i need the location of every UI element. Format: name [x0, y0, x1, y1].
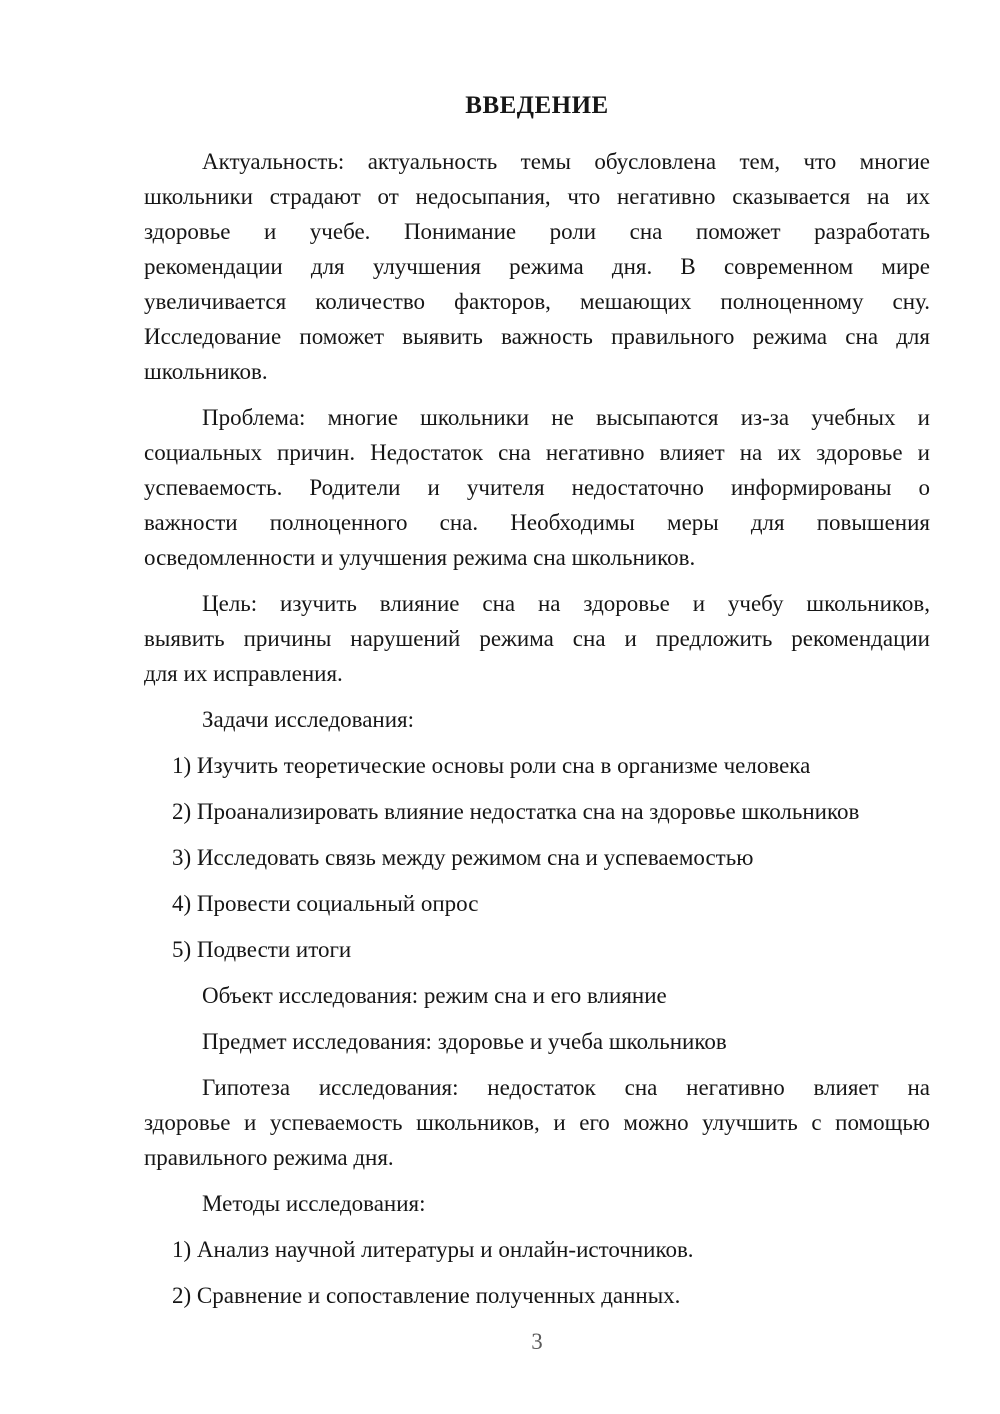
paragraph-tsel: Цель: изучить влияние сна на здоровье и … [144, 586, 930, 691]
paragraph-line: увеличивается количество факторов, мешаю… [144, 284, 930, 319]
paragraph-line: Проблема: многие школьники не высыпаются… [144, 400, 930, 435]
paragraph-line: социальных причин. Недостаток сна негати… [144, 435, 930, 470]
paragraph-line: успеваемость. Родители и учителя недоста… [144, 470, 930, 505]
paragraph-line: здоровье и учебе. Понимание роли сна пом… [144, 214, 930, 249]
paragraph-aktualnost: Актуальность: актуальность темы обусловл… [144, 144, 930, 389]
paragraph-line: школьников. [144, 354, 930, 389]
paragraph-gipoteza: Гипотеза исследования: недостаток сна не… [144, 1070, 930, 1175]
research-object-line: Объект исследования: режим сна и его вли… [144, 978, 930, 1013]
paragraph-line: важности полноценного сна. Необходимы ме… [144, 505, 930, 540]
page-number: 3 [144, 1324, 930, 1359]
document-title: ВВЕДЕНИЕ [144, 88, 930, 123]
paragraph-line: выявить причины нарушений режима сна и п… [144, 621, 930, 656]
paragraph-line: школьники страдают от недосыпания, что н… [144, 179, 930, 214]
task-item: 2) Проанализировать влияние недостатка с… [144, 794, 930, 829]
task-item: 5) Подвести итоги [144, 932, 930, 967]
paragraph-line: рекомендации для улучшения режима дня. В… [144, 249, 930, 284]
paragraph-problema: Проблема: многие школьники не высыпаются… [144, 400, 930, 575]
paragraph-line: правильного режима дня. [144, 1140, 930, 1175]
document-page: ВВЕДЕНИЕ Актуальность: актуальность темы… [0, 0, 1000, 1414]
research-subject-line: Предмет исследования: здоровье и учеба ш… [144, 1024, 930, 1059]
paragraph-line: Актуальность: актуальность темы обусловл… [144, 144, 930, 179]
methods-heading: Методы исследования: [144, 1186, 930, 1221]
task-item: 3) Исследовать связь между режимом сна и… [144, 840, 930, 875]
paragraph-line: осведомленности и улучшения режима сна ш… [144, 540, 930, 575]
paragraph-line: для их исправления. [144, 656, 930, 691]
method-item: 2) Сравнение и сопоставление полученных … [144, 1278, 930, 1313]
paragraph-line: Цель: изучить влияние сна на здоровье и … [144, 586, 930, 621]
task-item: 4) Провести социальный опрос [144, 886, 930, 921]
paragraph-line: Гипотеза исследования: недостаток сна не… [144, 1070, 930, 1105]
tasks-heading: Задачи исследования: [144, 702, 930, 737]
task-item: 1) Изучить теоретические основы роли сна… [144, 748, 930, 783]
method-item: 1) Анализ научной литературы и онлайн-ис… [144, 1232, 930, 1267]
paragraph-line: здоровье и успеваемость школьников, и ег… [144, 1105, 930, 1140]
paragraph-line: Исследование поможет выявить важность пр… [144, 319, 930, 354]
